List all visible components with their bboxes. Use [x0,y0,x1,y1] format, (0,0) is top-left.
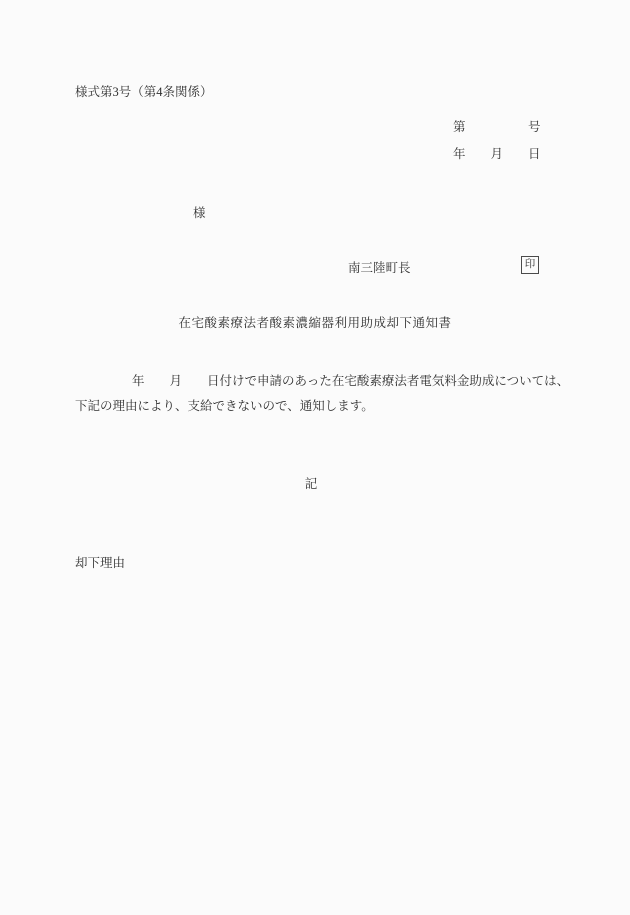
record-marker: 記 [0,474,622,492]
issue-date-blank: 年 月 日 [453,144,541,162]
rejection-reason-label: 却下理由 [75,553,125,571]
document-number-blank: 第 号 [453,117,541,135]
body-text-line-2: 下記の理由により、支給できないので、通知します。 [75,396,374,414]
document-page: { "doc": { "form_number": "様式第3号（第4条関係）"… [0,0,630,915]
document-title: 在宅酸素療法者酸素濃縮器利用助成却下通知書 [0,313,630,331]
seal-placeholder: 印 [521,256,539,274]
sender-title: 南三陸町長 [348,258,411,276]
body-text-line-1: 年 月 日付けで申請のあった在宅酸素療法者電気料金助成については、 [132,371,569,389]
addressee-honorific: 様 [193,203,206,221]
form-number-label: 様式第3号（第4条関係） [75,82,213,100]
